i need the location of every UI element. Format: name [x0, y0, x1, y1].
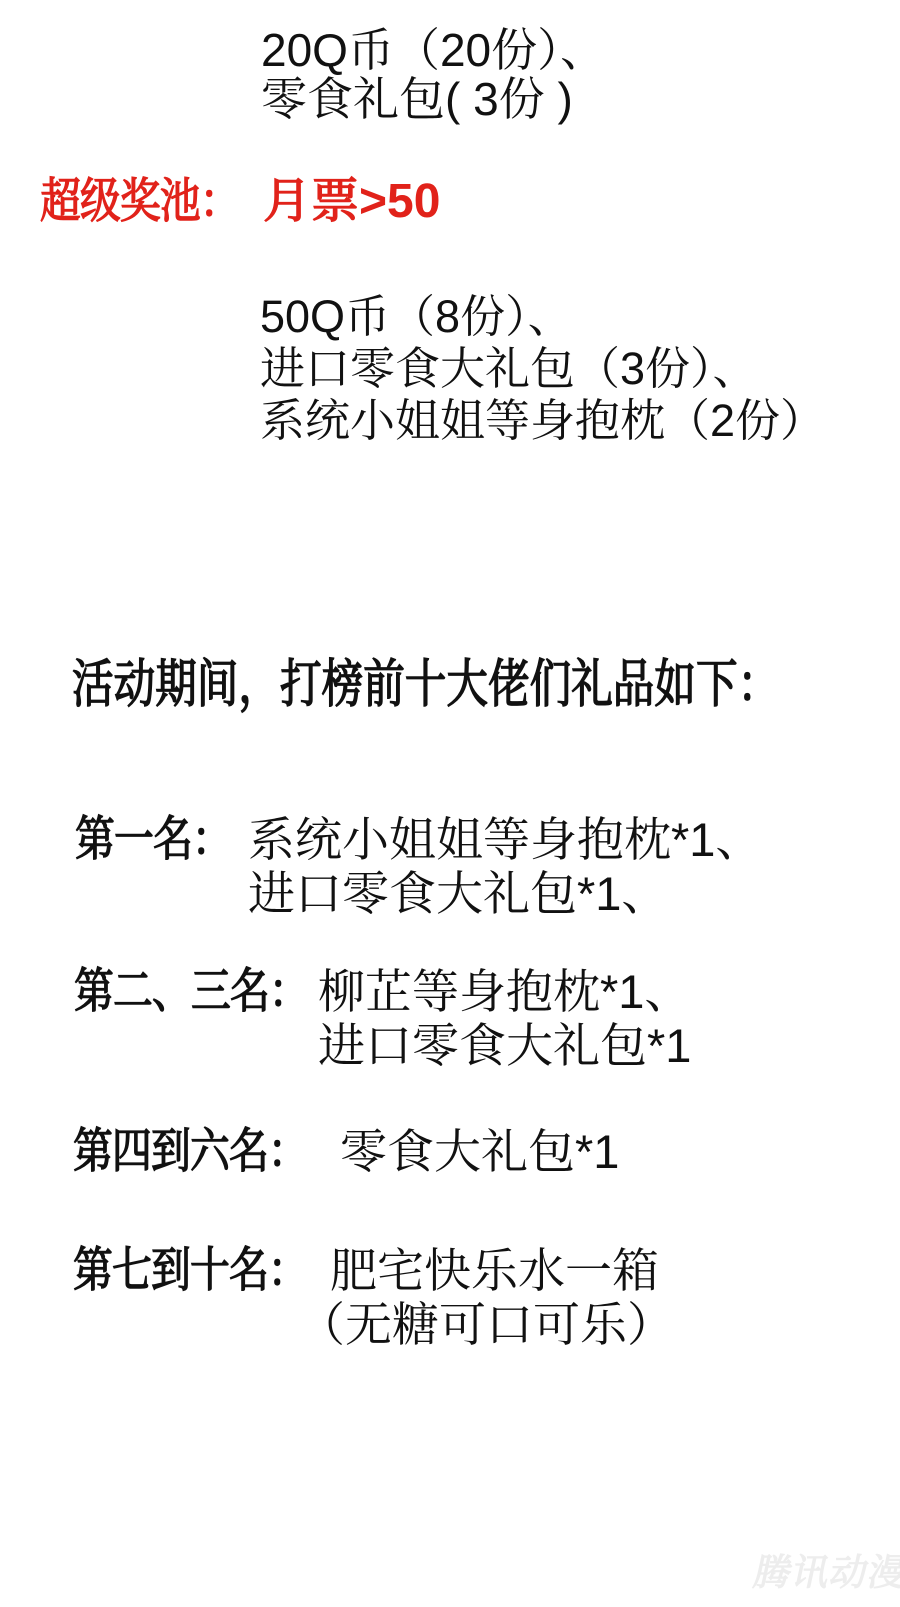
rank-prize-line: 柳芷等身抱枕*1、 [318, 965, 691, 1019]
super-pool-prize-line: 系统小姐姐等身抱枕（2份） [260, 395, 825, 447]
rank-prize-line: 零食大礼包*1 [340, 1125, 619, 1179]
rank-prize-line: 进口零食大礼包*1、 [248, 867, 762, 921]
rank-prize-line: （无糖可口可乐） [298, 1298, 674, 1352]
rank-label-first: 第一名： [75, 813, 231, 867]
base-pool-prize-line: 20Q币（20份）、 [261, 26, 606, 75]
super-pool-prize-list: 50Q币（8份）、 进口零食大礼包（3份）、 系统小姐姐等身抱枕（2份） [260, 291, 825, 447]
prize-announcement-page: 20Q币（20份）、 零食礼包( 3份 ) 超级奖池： 月票>50 50Q币（8… [0, 0, 900, 1607]
super-pool-prize-line: 50Q币（8份）、 [260, 291, 825, 343]
rank-prize-fourth-sixth: 零食大礼包*1 [340, 1125, 619, 1179]
rank-prize-first: 系统小姐姐等身抱枕*1、 进口零食大礼包*1、 [248, 813, 762, 921]
rank-label-fourth-sixth: 第四到六名： [73, 1125, 307, 1179]
super-pool-condition: 月票>50 [263, 176, 440, 228]
base-pool-prize-line: 零食礼包( 3份 ) [261, 75, 606, 124]
base-pool-prize-list: 20Q币（20份）、 零食礼包( 3份 ) [261, 26, 606, 124]
super-pool-heading: 超级奖池： [40, 176, 240, 228]
rank-prize-second-third: 柳芷等身抱枕*1、 进口零食大礼包*1 [318, 965, 691, 1073]
tencent-comics-watermark: 腾讯动漫 [750, 1552, 900, 1594]
rank-prize-line: 系统小姐姐等身抱枕*1、 [248, 813, 762, 867]
ranking-intro: 活动期间，打榜前十大佬们礼品如下： [72, 657, 779, 713]
super-pool-prize-line: 进口零食大礼包（3份）、 [260, 343, 825, 395]
rank-prize-line: 肥宅快乐水一箱 [330, 1244, 674, 1298]
rank-prize-seventh-tenth: 肥宅快乐水一箱 （无糖可口可乐） [330, 1244, 674, 1352]
rank-label-seventh-tenth: 第七到十名： [73, 1244, 307, 1298]
rank-prize-line: 进口零食大礼包*1 [318, 1019, 691, 1073]
rank-label-second-third: 第二、三名： [74, 965, 308, 1019]
